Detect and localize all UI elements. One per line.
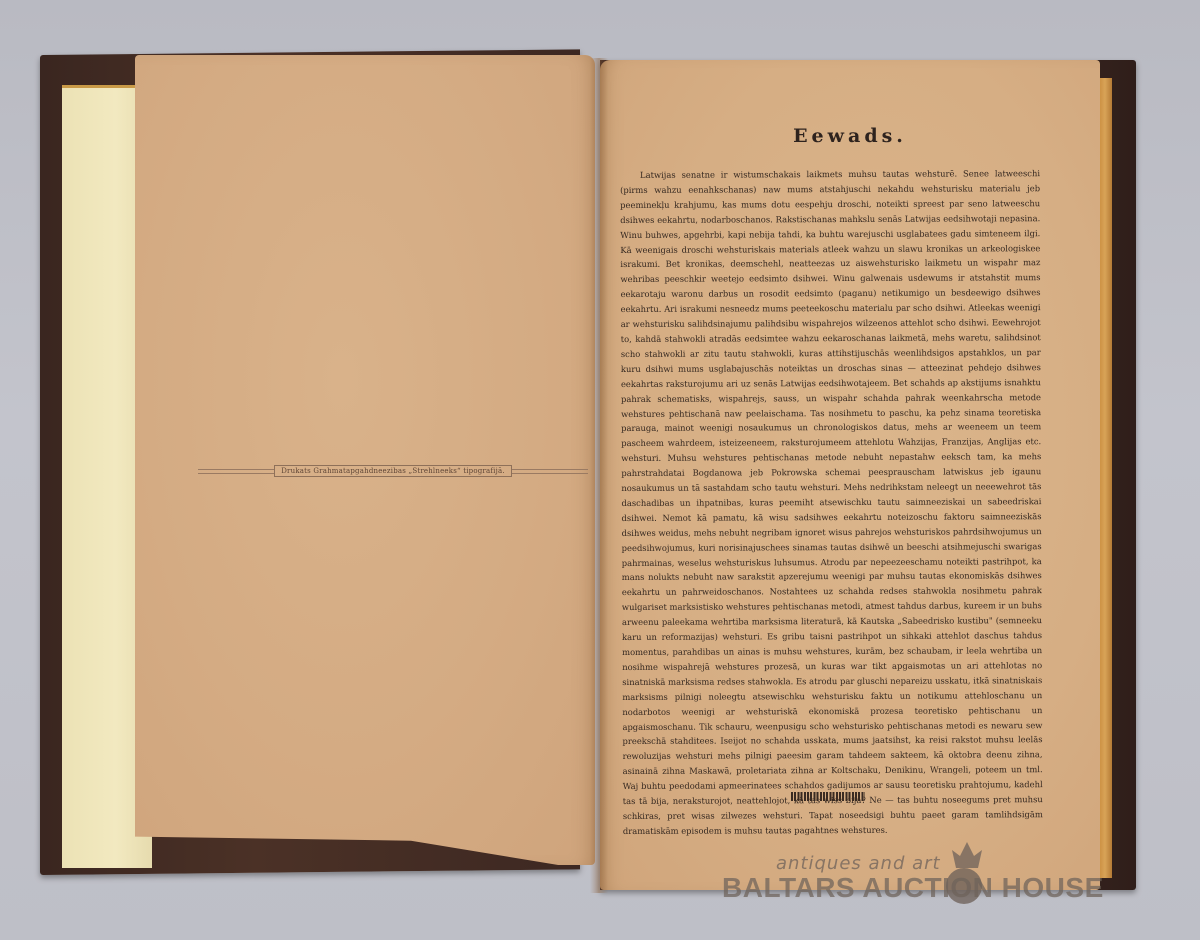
crown-icon <box>950 842 984 868</box>
left-page <box>135 55 595 865</box>
chapter-heading: Eewads. <box>600 125 1100 147</box>
imprint-rule-right <box>512 469 588 474</box>
printer-imprint: Drukats Grahmatapgahdneezibas „Strehlnee… <box>198 462 588 480</box>
open-book: Drukats Grahmatapgahdneezibas „Strehlnee… <box>0 0 1200 940</box>
watermark-name: BALTARS AUCTION HOUSE <box>722 872 1104 904</box>
watermark-tagline: antiques and art <box>776 853 941 874</box>
chapter-body-text: Latwijas senatne ir wistumschakais laikm… <box>620 166 1043 839</box>
gilt-page-edge <box>1098 78 1112 878</box>
imprint-text: Drukats Grahmatapgahdneezibas „Strehlnee… <box>274 465 512 477</box>
imprint-rule-left <box>198 469 274 474</box>
end-ornament-icon <box>791 792 865 801</box>
book-gutter <box>590 58 608 893</box>
